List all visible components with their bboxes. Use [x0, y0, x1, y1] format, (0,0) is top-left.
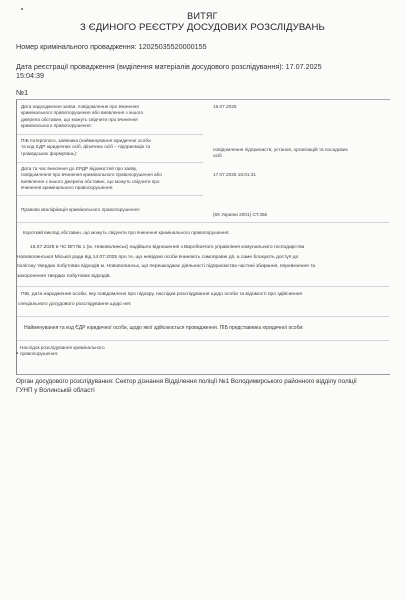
- row-divider: [17, 162, 203, 163]
- scan-speck: [21, 8, 23, 10]
- section-number: №1: [16, 88, 28, 97]
- row-divider: [17, 222, 389, 223]
- field-legal-qualification-label: Правова кваліфікація кримінального право…: [21, 207, 140, 213]
- investigation-authority: Орган досудового розслідування: Сектор д…: [16, 378, 396, 395]
- scan-speck: [16, 352, 18, 354]
- summary-label: Короткий виклад обставин, що можуть свід…: [23, 230, 229, 236]
- outcome-label: Наслідок розслідування кримінального пра…: [20, 345, 140, 358]
- field-receipt-date-label: Дата надходження заяви, повідомлення про…: [21, 104, 201, 130]
- registration-time-value: 15:04:39: [16, 71, 44, 80]
- row-divider: [17, 195, 203, 196]
- summary-text: 16.07.2025 в ЧС ВП № 1 (м. Нововолинськ)…: [17, 243, 387, 281]
- case-number-label: Номер кримінального провадження:: [16, 42, 137, 51]
- registration-label: Дата реєстрації провадження (виділення м…: [16, 62, 284, 71]
- registration-date-value: 17.07.2025: [286, 62, 322, 71]
- case-number-value: 12025035520000155: [139, 42, 207, 51]
- row-divider: [17, 286, 389, 287]
- field-receipt-date-value: 16.07.2025: [213, 104, 236, 110]
- row-divider: [17, 340, 389, 341]
- field-legal-qualification-value: (КК України 2001) СТ.356: [213, 212, 267, 218]
- field-entry-date-value: 17.07.2025 15:01:31: [213, 172, 256, 178]
- field-victim-value: повідомлення підприємств, установ, орган…: [213, 147, 393, 160]
- row-divider: [17, 134, 203, 135]
- registration-date: Дата реєстрації провадження (виділення м…: [16, 62, 396, 80]
- document-subtitle: З ЄДИНОГО РЕЄСТРУ ДОСУДОВИХ РОЗСЛІДУВАНЬ: [0, 22, 405, 33]
- authority-line1: Сектор дізнання Відділення поліції №1 Во…: [115, 378, 356, 385]
- authority-line2: ГУНП у Волинській області: [16, 387, 95, 394]
- field-entry-date-label: Дата та час внесення до ЄРДР відомостей …: [21, 166, 211, 192]
- field-victim-label: ПІБ потерпілого, заявника (найменування …: [21, 138, 206, 157]
- document-title: ВИТЯГ: [0, 11, 405, 21]
- authority-label: Орган досудового розслідування:: [16, 378, 114, 385]
- row-divider: [17, 316, 389, 317]
- case-number: Номер кримінального провадження: 1202503…: [16, 42, 207, 51]
- suspect-label: ПІБ, дата народження особи, яку повідомл…: [18, 290, 390, 309]
- legal-entity-label: Найменування та код ЄДР юридичної особи,…: [24, 324, 304, 334]
